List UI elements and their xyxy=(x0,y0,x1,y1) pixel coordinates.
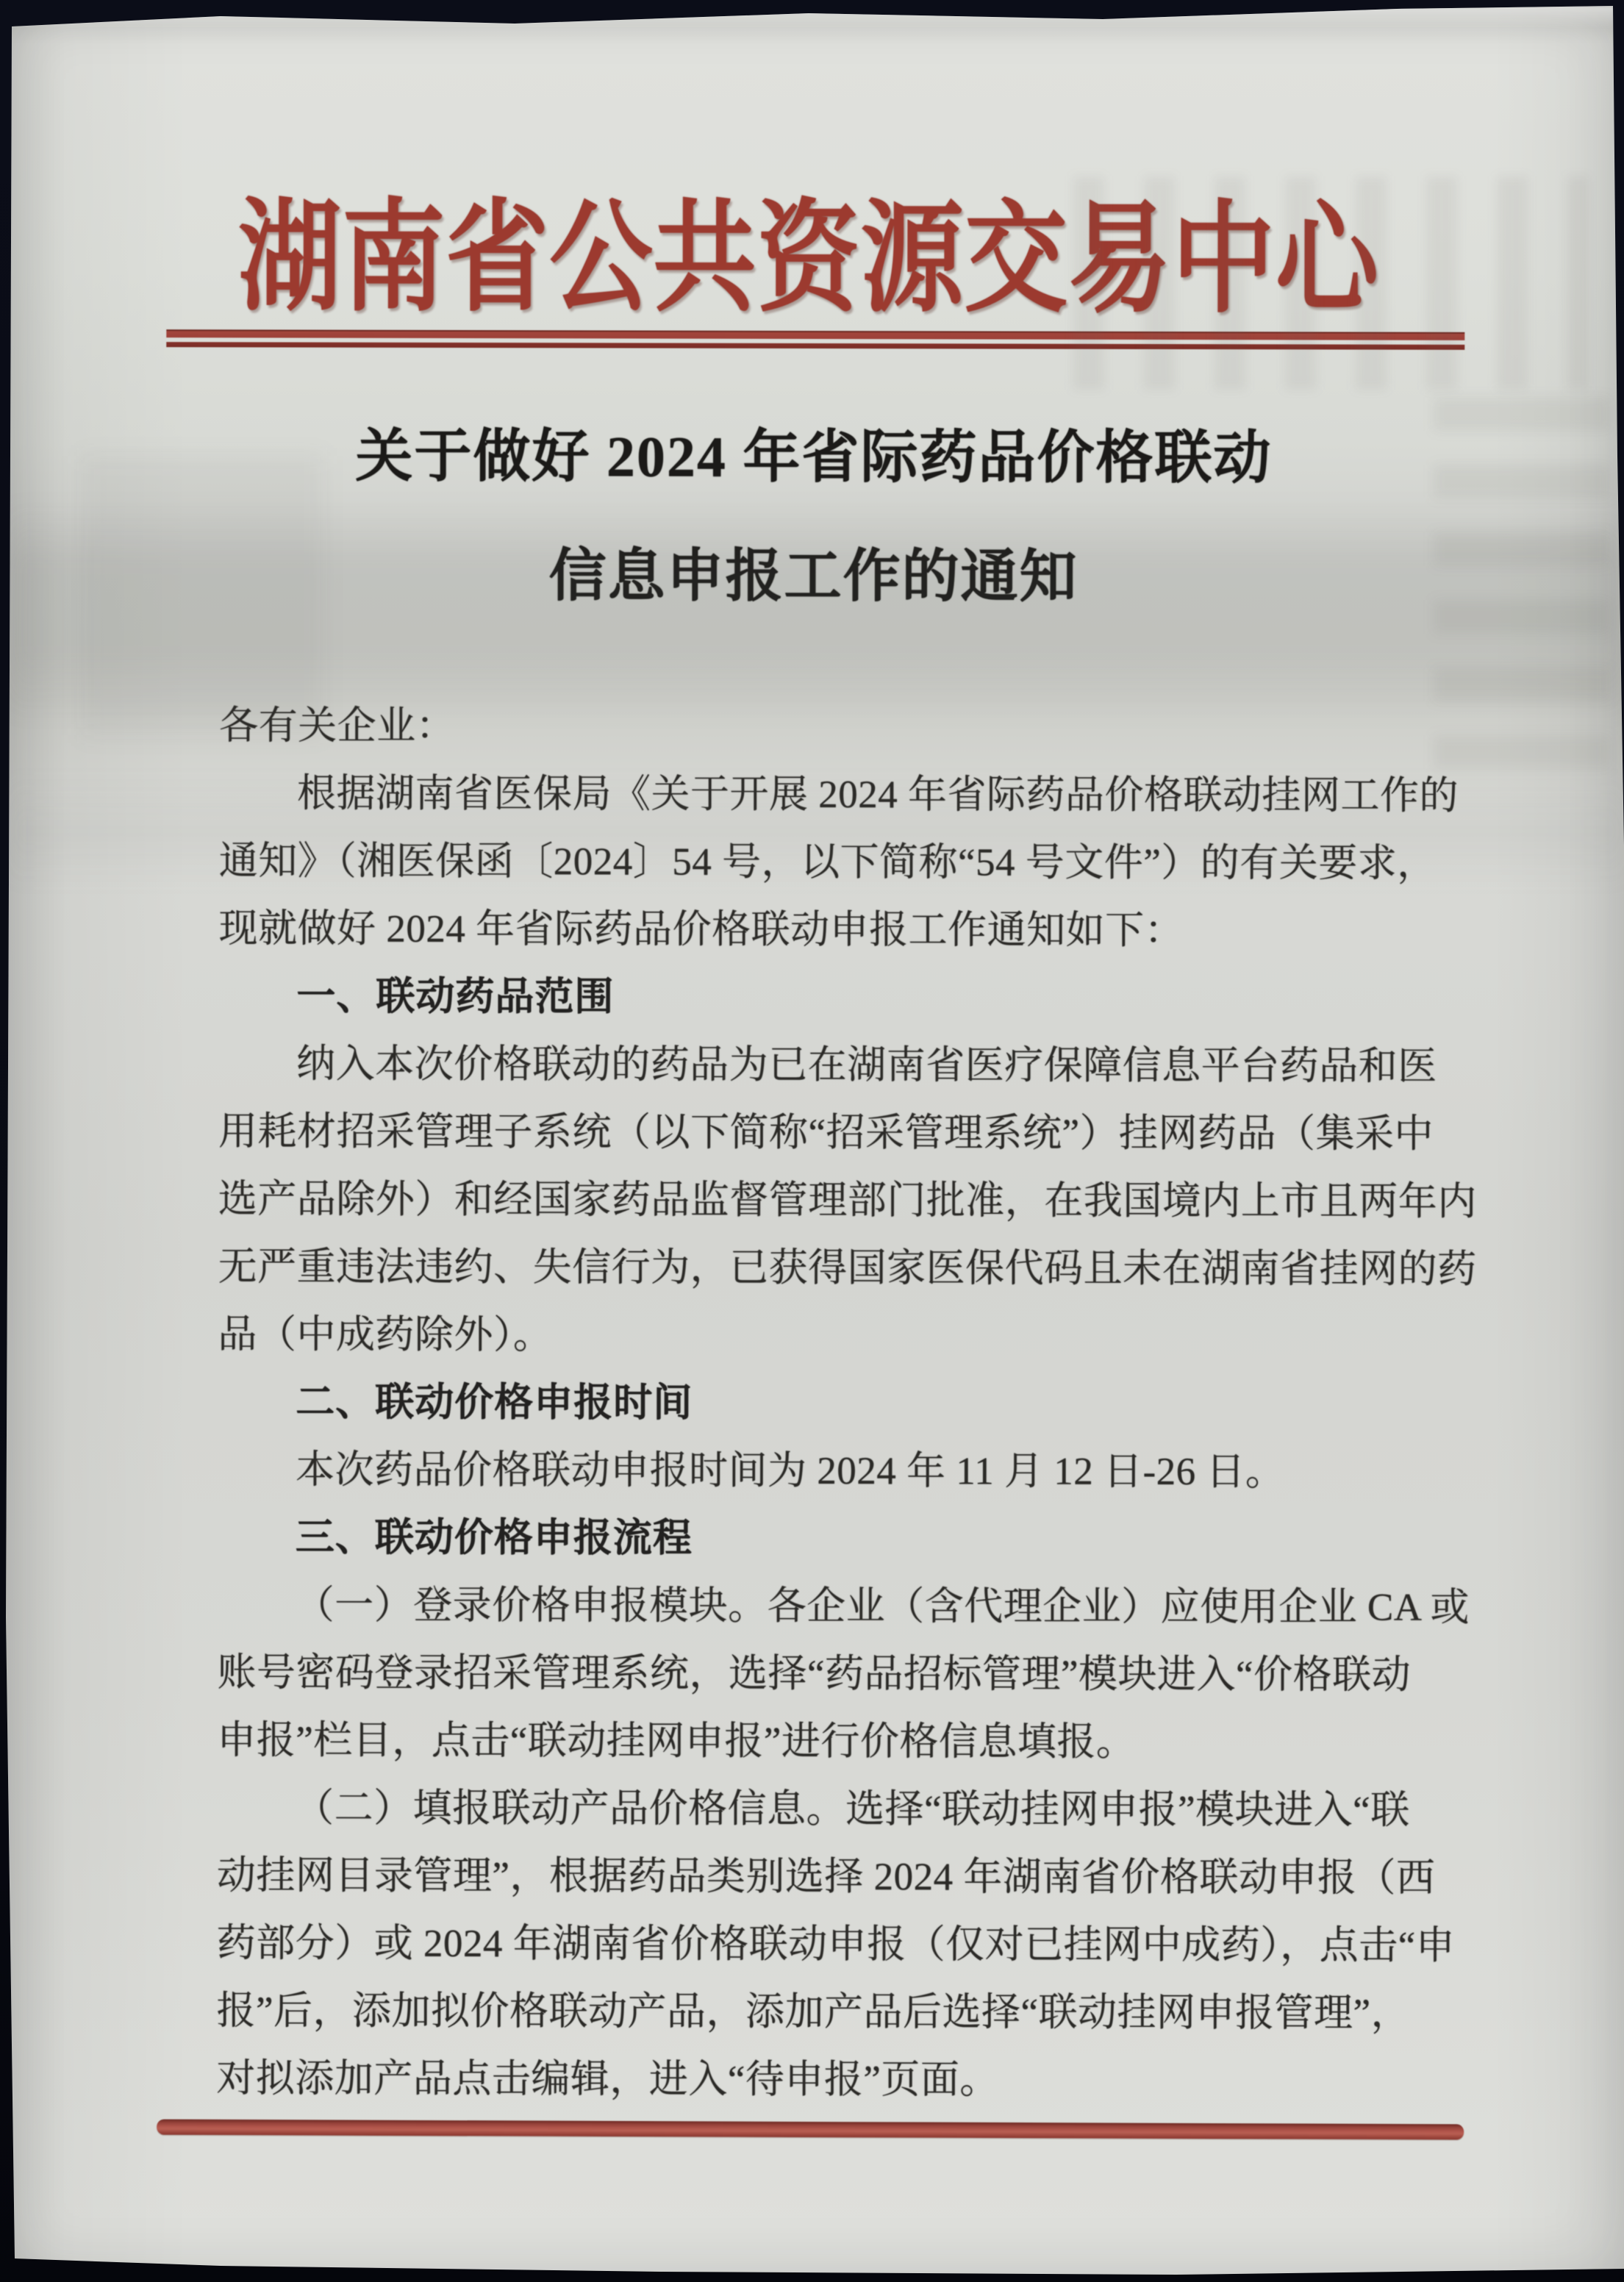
body-line: 本次药品价格联动申报时间为 2024 年 11 月 12 日-26 日。 xyxy=(218,1436,1497,1506)
body-line: 纳入本次价格联动的药品为已在湖南省医疗保障信息平台药品和医 xyxy=(218,1030,1498,1101)
body-line: 报”后，添加拟价格联动产品，添加产品后选择“联动挂网申报管理”， xyxy=(216,1977,1495,2047)
body-line: （二）填报联动产品价格信息。选择“联动挂网申报”模块进入“联 xyxy=(217,1774,1496,1845)
document-body: 各有关企业：根据湖南省医保局《关于开展 2024 年省际药品价格联动挂网工作的通… xyxy=(216,692,1498,2115)
body-line: 账号密码登录招采管理系统，选择“药品招标管理”模块进入“价格联动 xyxy=(217,1639,1496,1709)
body-line: 根据湖南省医保局《关于开展 2024 年省际药品价格联动挂网工作的 xyxy=(219,759,1498,830)
letterhead-org-name: 湖南省公共资源交易中心 xyxy=(123,194,1495,324)
paper-sheet: 湖南省公共资源交易中心 关于做好 2024 年省际药品价格联动 信息申报工作的通… xyxy=(0,0,1624,2282)
body-line: 各有关企业： xyxy=(219,692,1498,762)
document-title-line1: 关于做好 2024 年省际药品价格联动 xyxy=(46,423,1582,491)
body-line: 动挂网目录管理”，根据药品类别选择 2024 年湖南省价格联动申报（西 xyxy=(217,1842,1496,1912)
section-heading: 一、联动药品范围 xyxy=(218,962,1498,1033)
body-line: 申报”栏目，点击“联动挂网申报”进行价格信息填报。 xyxy=(217,1706,1496,1777)
body-line: 现就做好 2024 年省际药品价格联动申报工作通知如下： xyxy=(219,895,1498,965)
section-heading: 三、联动价格申报流程 xyxy=(218,1503,1497,1574)
section-heading: 二、联动价格申报时间 xyxy=(218,1368,1497,1439)
body-line: 品（中成药除外）。 xyxy=(218,1301,1497,1371)
body-line: 通知》（湘医保函〔2024〕54 号，以下简称“54 号文件”）的有关要求， xyxy=(219,827,1498,898)
body-line: 用耗材招采管理子系统（以下简称“招采管理系统”）挂网药品（集采中 xyxy=(218,1098,1498,1168)
document-content: 湖南省公共资源交易中心 关于做好 2024 年省际药品价格联动 信息申报工作的通… xyxy=(0,0,1624,2282)
letterhead-double-rule xyxy=(166,329,1464,350)
body-line: 选产品除外）和经国家药品监督管理部门批准，在我国境内上市且两年内 xyxy=(218,1165,1498,1236)
document-title-line2: 信息申报工作的通知 xyxy=(46,543,1582,610)
body-line: （一）登录价格申报模块。各企业（含代理企业）应使用企业 CA 或 xyxy=(218,1571,1497,1642)
body-line: 对拟添加产品点击编辑，进入“待申报”页面。 xyxy=(216,2045,1495,2115)
body-line: 药部分）或 2024 年湖南省价格联动申报（仅对已挂网中成药），点击“申 xyxy=(217,1909,1496,1980)
photo-of-document: 湖南省公共资源交易中心 关于做好 2024 年省际药品价格联动 信息申报工作的通… xyxy=(0,0,1624,2282)
footer-rule xyxy=(157,2120,1464,2140)
body-line: 无严重违法违约、失信行为，已获得国家医保代码且未在湖南省挂网的药 xyxy=(218,1233,1498,1303)
